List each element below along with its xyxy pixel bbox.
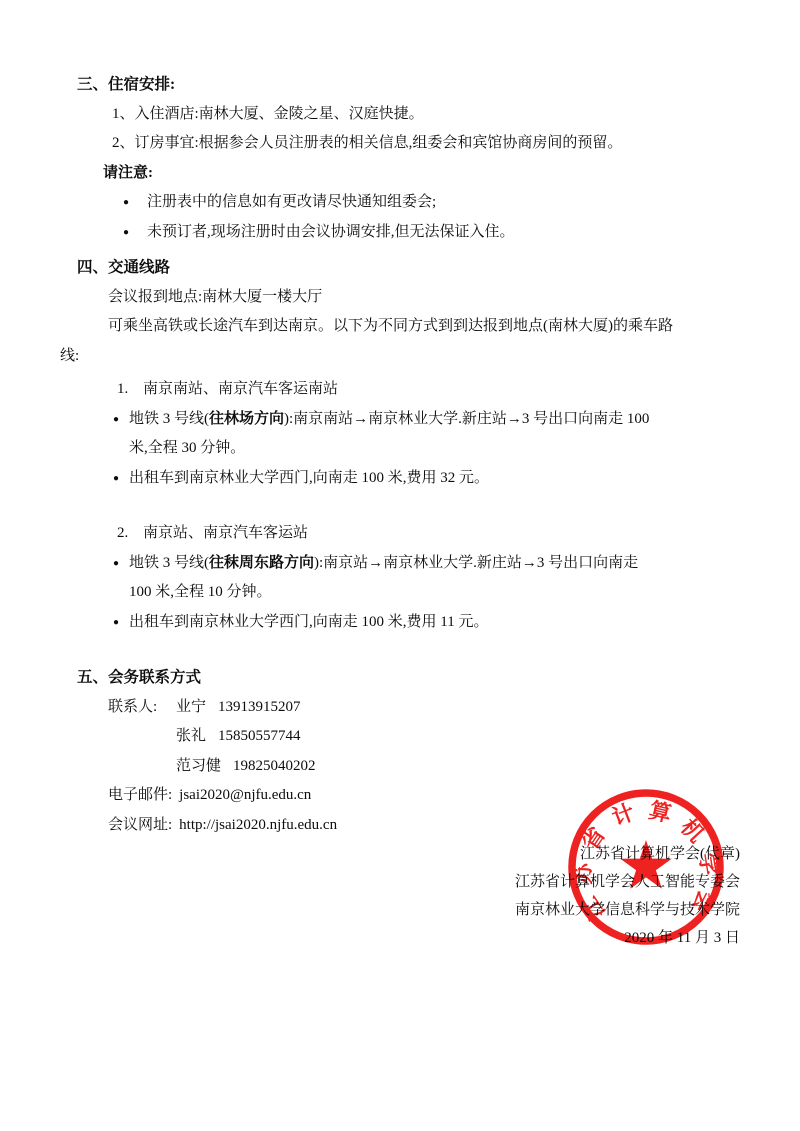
taxi-text: 出租车到南京林业大学西门,向南走 100 米,费用 11 元。: [129, 608, 740, 638]
signature-line: 南京林业大学信息科学与技术学院: [60, 896, 740, 924]
booking-item: 2、订房事宜:根据参会人员注册表的相关信息,组委会和宾馆协商房间的预留。: [112, 129, 740, 159]
metro-line2: 米,全程 30 分钟。: [129, 434, 740, 464]
contact-label: 联系人:: [108, 693, 176, 723]
metro-prefix: 地铁 3 号线(: [129, 411, 209, 427]
website-row: 会议网址:http://jsai2020.njfu.edu.cn: [108, 811, 740, 841]
metro-direction: 往秣周东路方向: [209, 555, 314, 571]
note-text: 注册表中的信息如有更改请尽快通知组委会;: [147, 188, 436, 218]
taxi-text: 出租车到南京林业大学西门,向南走 100 米,费用 32 元。: [129, 464, 740, 494]
contact-name: 范习健: [176, 752, 221, 782]
metro-direction: 往林场方向: [209, 411, 284, 427]
note-text: 未预订者,现场注册时由会议协调安排,但无法保证入住。: [147, 218, 515, 248]
route-title: 南京站、南京汽车客运站: [143, 519, 308, 549]
note-heading: 请注意:: [103, 159, 740, 189]
metro-prefix: 地铁 3 号线(: [129, 555, 209, 571]
metro-text: 地铁 3 号线(往秣周东路方向):南京站→南京林业大学.新庄站→3 号出口向南走…: [129, 549, 740, 608]
contact-name: 张礼: [176, 722, 206, 752]
note-item: ● 未预订者,现场注册时由会议协调安排,但无法保证入住。: [123, 218, 740, 248]
metro-bullet: ● 地铁 3 号线(往秣周东路方向):南京站→南京林业大学.新庄站→3 号出口向…: [113, 549, 740, 608]
metro-route: ):南京站→南京林业大学.新庄站→3 号出口向南走: [314, 555, 638, 571]
intro-line-1: 可乘坐高铁或长途汽车到达南京。以下为不同方式到到达报到地点(南林大厦)的乘车路: [108, 312, 740, 342]
bullet-icon: ●: [113, 549, 129, 579]
bullet-icon: ●: [113, 608, 129, 638]
metro-route: ):南京南站→南京林业大学.新庄站→3 号出口向南走 100: [284, 411, 649, 427]
signature-line: 2020 年 11 月 3 日: [60, 924, 740, 952]
route-title-row: 2. 南京站、南京汽车客运站: [117, 519, 740, 549]
signature-line: 江苏省计算机学会(代章): [60, 840, 740, 868]
website-value: http://jsai2020.njfu.edu.cn: [179, 817, 337, 833]
section-contact-heading: 五、会务联系方式: [77, 663, 740, 693]
email-value: jsai2020@njfu.edu.cn: [179, 787, 311, 803]
website-label: 会议网址:: [108, 817, 172, 833]
bullet-icon: ●: [113, 405, 129, 435]
taxi-bullet: ● 出租车到南京林业大学西门,向南走 100 米,费用 11 元。: [113, 608, 740, 638]
contact-row: 范习健 19825040202: [108, 752, 740, 782]
contact-phone: 15850557744: [218, 722, 301, 752]
taxi-bullet: ● 出租车到南京林业大学西门,向南走 100 米,费用 32 元。: [113, 464, 740, 494]
contact-row: 联系人: 业宁 13913915207: [108, 693, 740, 723]
checkin-line: 会议报到地点:南林大厦一楼大厅: [108, 283, 740, 313]
document-page: 三、住宿安排: 1、入住酒店:南林大厦、金陵之星、汉庭快捷。 2、订房事宜:根据…: [0, 0, 800, 1131]
signature-block: 江苏省计算机学会(代章) 江苏省计算机学会人工智能专委会 南京林业大学信息科学与…: [60, 840, 740, 952]
bullet-icon: ●: [113, 464, 129, 494]
contact-name: 业宁: [176, 693, 206, 723]
metro-text: 地铁 3 号线(往林场方向):南京南站→南京林业大学.新庄站→3 号出口向南走 …: [129, 405, 740, 464]
note-item: ● 注册表中的信息如有更改请尽快通知组委会;: [123, 188, 740, 218]
route-number: 1.: [117, 375, 143, 405]
metro-line2: 100 米,全程 10 分钟。: [129, 578, 740, 608]
email-label: 电子邮件:: [108, 787, 172, 803]
metro-bullet: ● 地铁 3 号线(往林场方向):南京南站→南京林业大学.新庄站→3 号出口向南…: [113, 405, 740, 464]
bullet-icon: ●: [123, 218, 147, 248]
email-row: 电子邮件:jsai2020@njfu.edu.cn: [108, 781, 740, 811]
bullet-icon: ●: [123, 188, 147, 218]
contact-phone: 19825040202: [233, 752, 316, 782]
contact-phone: 13913915207: [218, 693, 301, 723]
hotel-item: 1、入住酒店:南林大厦、金陵之星、汉庭快捷。: [112, 100, 740, 130]
route-title-row: 1. 南京南站、南京汽车客运南站: [117, 375, 740, 405]
signature-line: 江苏省计算机学会人工智能专委会: [60, 868, 740, 896]
intro-line-2: 线:: [60, 342, 740, 372]
section-transport-heading: 四、交通线路: [77, 253, 740, 283]
route-title: 南京南站、南京汽车客运南站: [143, 375, 338, 405]
section-accommodation-heading: 三、住宿安排:: [77, 70, 740, 100]
route-number: 2.: [117, 519, 143, 549]
contact-row: 张礼 15850557744: [108, 722, 740, 752]
